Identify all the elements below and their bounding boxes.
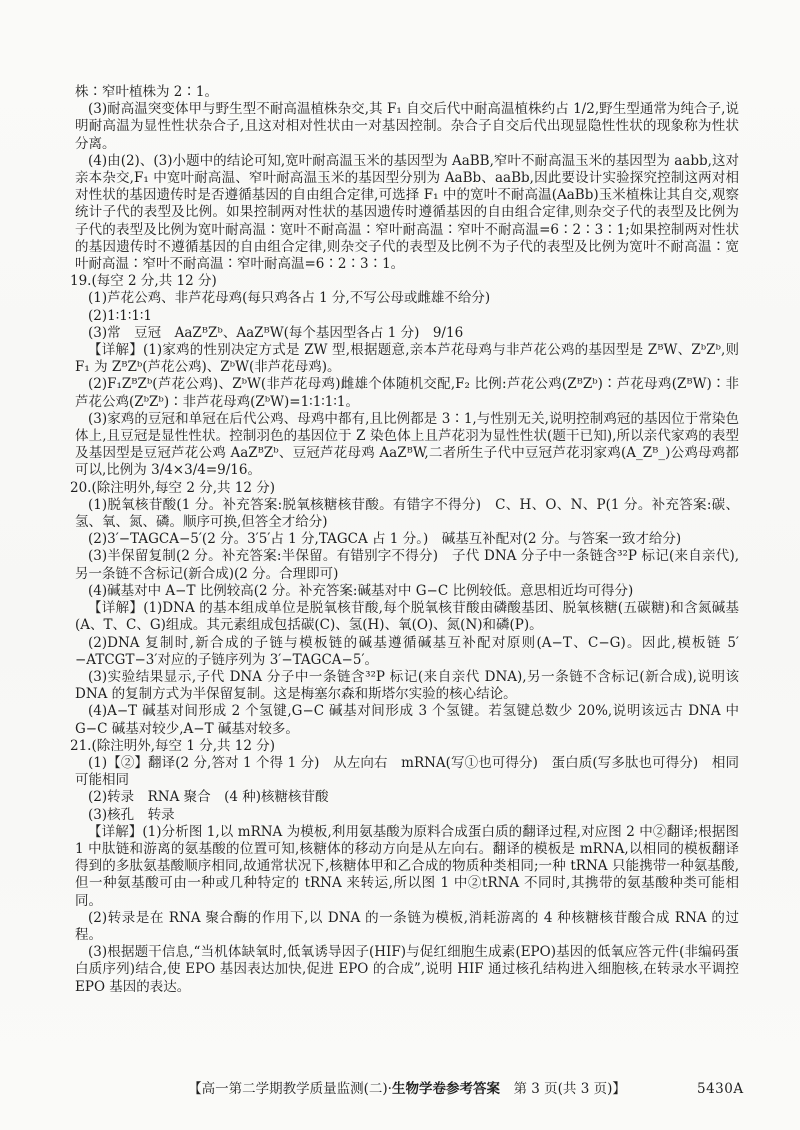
scanned-answer-page: 株∶窄叶植株为 2∶1。(3)耐高温突变体甲与野生型不耐高温植株杂交,其 F₁ …	[0, 0, 800, 1130]
answer-paragraph: (4)由(2)、(3)小题中的结论可知,宽叶耐高温玉米的基因型为 AaBB,窄叶…	[75, 153, 739, 273]
answer-paragraph: (4)碱基对中 A−T 比例较高(2 分。补充答案:碱基对中 G−C 比例较低。…	[75, 583, 739, 600]
question-header: 21.(除注明外,每空 1 分,共 12 分)	[70, 738, 739, 755]
answer-paragraph: 【详解】(1)家鸡的性别决定方式是 ZW 型,根据题意,亲本芦花母鸡与非芦花公鸡…	[75, 342, 739, 376]
footer-page-number: 第 3 页(共 3 页)】	[500, 1081, 626, 1097]
answer-paragraph: 【详解】(1)DNA 的基本组成单位是脱氧核苷酸,每个脱氧核苷酸由磷酸基团、脱氧…	[75, 600, 739, 634]
answer-paragraph: (4)A−T 碱基对间形成 2 个氢键,G−C 碱基对间形成 3 个氢键。若氢键…	[75, 703, 739, 737]
answer-text-body: 株∶窄叶植株为 2∶1。(3)耐高温突变体甲与野生型不耐高温植株杂交,其 F₁ …	[75, 84, 739, 996]
footer-title-bold: 生物学卷参考答案	[392, 1081, 500, 1097]
answer-paragraph: (3)核孔 转录	[75, 807, 739, 824]
answer-paragraph: (1)【②】翻译(2 分,答对 1 个得 1 分) 从左向右 mRNA(写①也可…	[75, 755, 739, 789]
question-header: 19.(每空 2 分,共 12 分)	[70, 273, 739, 290]
answer-paragraph: (3)家鸡的豆冠和单冠在后代公鸡、母鸡中都有,且比例都是 3∶1,与性别无关,说…	[75, 411, 739, 480]
answer-paragraph: (1)脱氧核苷酸(1 分。补充答案:脱氧核糖核苷酸。有错字不得分) C、H、O、…	[75, 497, 739, 531]
footer-title-left: 【高一第二学期教学质量监测(二)·	[188, 1081, 392, 1097]
answer-paragraph: (3)半保留复制(2 分。补充答案:半保留。有错别字不得分) 子代 DNA 分子…	[75, 548, 739, 582]
answer-paragraph: 株∶窄叶植株为 2∶1。	[75, 84, 739, 101]
answer-paragraph: (3)耐高温突变体甲与野生型不耐高温植株杂交,其 F₁ 自交后代中耐高温植株约占…	[75, 101, 739, 153]
answer-paragraph: (2)DNA 复制时,新合成的子链与模板链的碱基遵循碱基互补配对原则(A−T、C…	[75, 635, 739, 669]
answer-paragraph: (2)3′−TAGCA−5′(2 分。3′5′占 1 分,TAGCA 占 1 分…	[75, 531, 739, 548]
answer-paragraph: 【详解】(1)分析图 1,以 mRNA 为模板,利用氨基酸为原料合成蛋白质的翻译…	[75, 824, 739, 910]
paper-code: 5430A	[697, 1081, 744, 1098]
answer-paragraph: (2)转录是在 RNA 聚合酶的作用下,以 DNA 的一条链为模板,消耗游离的 …	[75, 910, 739, 944]
question-header: 20.(除注明外,每空 2 分,共 12 分)	[70, 480, 739, 497]
answer-paragraph: (3)根据题干信息,“当机体缺氧时,低氧诱导因子(HIF)与促红细胞生成素(EP…	[75, 944, 739, 996]
answer-paragraph: (1)芦花公鸡、非芦花母鸡(每只鸡各占 1 分,不写公母或雌雄不给分)	[75, 290, 739, 307]
answer-paragraph: (2)转录 RNA 聚合 (4 种)核糖核苷酸	[75, 789, 739, 806]
page-footer: 【高一第二学期教学质量监测(二)·生物学卷参考答案 第 3 页(共 3 页)】	[75, 1081, 739, 1098]
answer-paragraph: (3)常 豆冠 AaZᴮZᵇ、AaZᴮW(每个基因型各占 1 分) 9/16	[75, 325, 739, 342]
answer-paragraph: (2)F₁ZᴮZᵇ(芦花公鸡)、ZᵇW(非芦花母鸡)雌雄个体随机交配,F₂ 比例…	[75, 376, 739, 410]
answer-paragraph: (3)实验结果显示,子代 DNA 分子中一条链含³²P 标记(来自亲代 DNA)…	[75, 669, 739, 703]
answer-paragraph: (2)1∶1∶1∶1	[75, 308, 739, 325]
